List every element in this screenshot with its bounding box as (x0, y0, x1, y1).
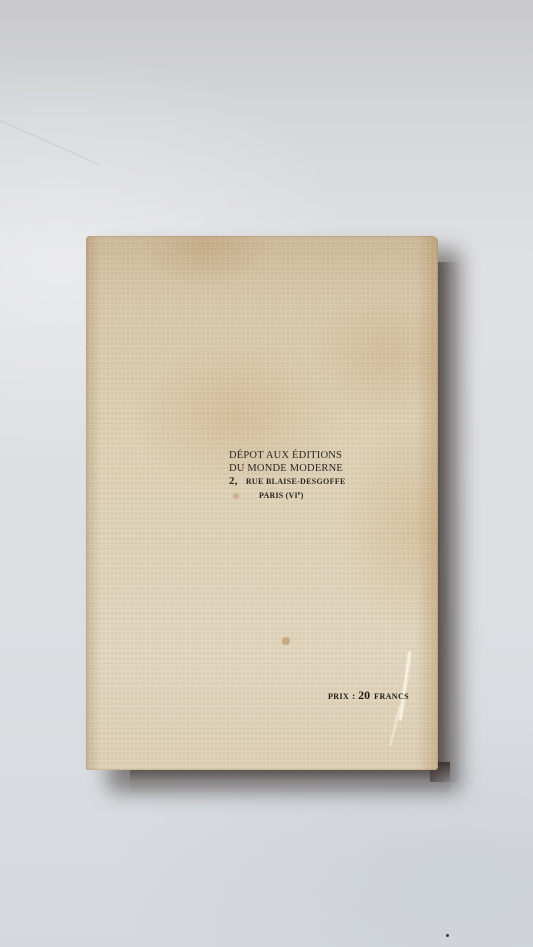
street-name: RUE BLAISE-DESGOFFE (246, 477, 346, 486)
city-close-paren: ) (301, 491, 304, 500)
city-name: PARIS (VI (259, 491, 298, 500)
price-label: PRIX:20FRANCS (328, 686, 409, 704)
imprint-line-city: PARIS (VIe) (229, 488, 379, 502)
price-currency: FRANCS (374, 692, 409, 701)
publisher-imprint: DÉPOT AUX ÉDITIONS DU MONDE MODERNE 2,RU… (229, 449, 379, 502)
street-number: 2, (229, 475, 238, 487)
surface-speck (446, 934, 449, 937)
book-back-cover: DÉPOT AUX ÉDITIONS DU MONDE MODERNE 2,RU… (86, 236, 438, 770)
price-separator: : (352, 691, 355, 701)
cover-crease (388, 706, 402, 746)
imprint-line-address: 2,RUE BLAISE-DESGOFFE (229, 475, 379, 488)
surface-scratch (0, 120, 101, 166)
photo-scene: { "scene": { "description": "Back cover … (0, 0, 533, 947)
price-prefix: PRIX (328, 692, 349, 701)
price-amount: 20 (358, 688, 370, 702)
imprint-line-depot: DÉPOT AUX ÉDITIONS (229, 449, 379, 462)
imprint-line-publisher: DU MONDE MODERNE (229, 462, 379, 475)
